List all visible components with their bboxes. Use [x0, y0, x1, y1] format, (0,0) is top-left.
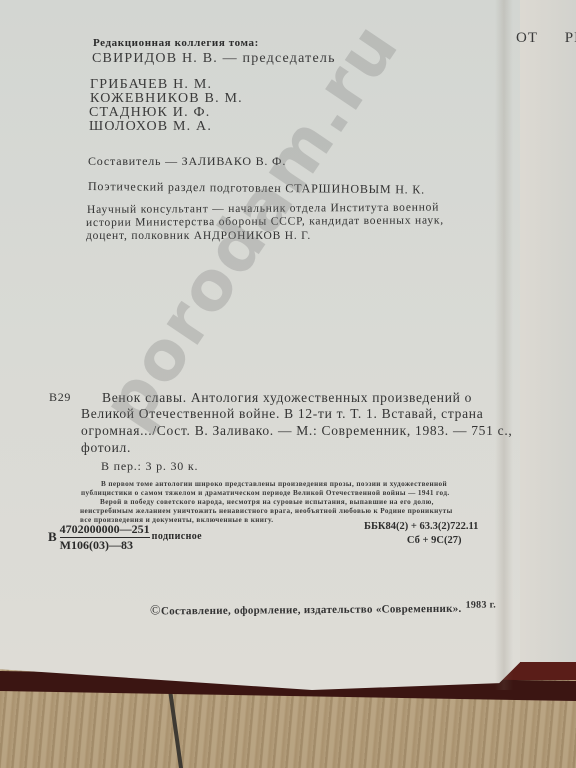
catalog-line: Венок славы. Антология художественных пр… — [102, 390, 472, 406]
code-denominator: М106(03)—83 — [60, 538, 150, 552]
copyright-year: 1983 г. — [465, 599, 496, 610]
code-numerator: 4702000000—251 — [60, 522, 150, 538]
editorial-board-chair: СВИРИДОВ Н. В. — председатель — [92, 51, 336, 67]
consultant-line: Научный консультант — начальник отдела И… — [87, 202, 439, 216]
code-prefix: В — [48, 529, 57, 545]
consultant-line: истории Министерства обороны СССР, канди… — [86, 215, 444, 229]
price-line: В пер.: 3 р. 30 к. — [101, 459, 198, 474]
catalog-line: Великой Отечественной войне. В 12-ти т. … — [81, 406, 483, 422]
bbk-classification: ББК84(2) + 63.3(2)722.11 Сб + 9С(27) — [364, 520, 478, 548]
copyright-icon: © — [150, 603, 161, 618]
facing-page-fragment: РЕ — [565, 30, 576, 46]
facing-page-text: ОТ РЕ — [516, 30, 576, 47]
catalog-line: огромная.../Сост. В. Заливако. — М.: Сов… — [81, 423, 513, 439]
annotation-line: неистребимым желанием уничтожить ненавис… — [80, 507, 453, 515]
bbk-line: ББК84(2) + 63.3(2)722.11 — [364, 520, 478, 534]
annotation-line: Верой в победу советского народа, несмот… — [100, 498, 434, 506]
catalog-line: фотоил. — [81, 440, 131, 456]
annotation-line: публицистики о самом тяжелом и драматиче… — [81, 489, 450, 497]
facing-page-fragment: ОТ — [516, 30, 538, 46]
compiler-line: Составитель — ЗАЛИВАКО В. Ф. — [88, 154, 286, 169]
copyright-line: ©Составление, оформление, издательство «… — [150, 599, 496, 619]
book-page — [0, 0, 520, 690]
copyright-text: Составление, оформление, издательство «С… — [161, 603, 462, 618]
chair-name: СВИРИДОВ Н. В. — председатель — [92, 51, 336, 66]
board-member: ШОЛОХОВ М. А. — [89, 119, 212, 135]
annotation-line: В первом томе антологии широко представл… — [101, 480, 447, 488]
bbk-line: Сб + 9С(27) — [364, 534, 478, 548]
consultant-line: доцент, полковник АНДРОНИКОВ Н. Г. — [86, 230, 311, 242]
publication-code: В 4702000000—251 М106(03)—83 подписное — [48, 522, 202, 552]
code-suffix: подписное — [152, 531, 202, 542]
page-fold-shadow — [495, 0, 513, 690]
code-fraction: 4702000000—251 М106(03)—83 — [60, 522, 150, 552]
catalog-index: В29 — [49, 390, 71, 405]
editorial-board-heading: Редакционная коллегия тома: — [93, 37, 259, 49]
